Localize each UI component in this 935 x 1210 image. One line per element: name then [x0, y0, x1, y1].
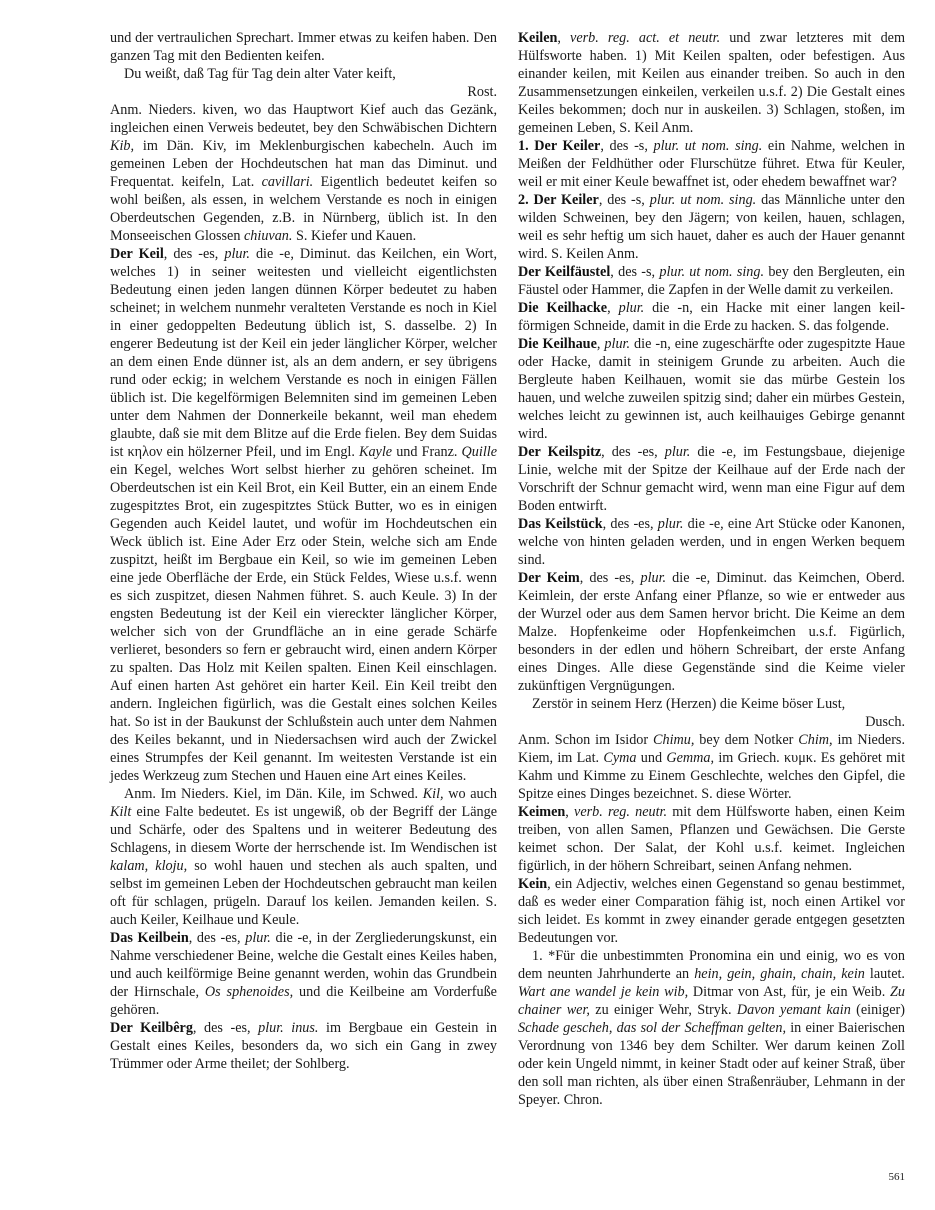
headword: Die Keilhaue: [518, 336, 597, 352]
text-run: , des -s,: [600, 138, 653, 154]
text-run: Anm. Nieders. kiven, wo das Hauptwort Ki…: [110, 102, 497, 136]
italic-term: Schade gescheh, das sol der Scheffman ge…: [518, 1020, 786, 1036]
italic-term: plur.: [224, 246, 250, 262]
headword: Der Keilbêrg: [110, 1020, 193, 1036]
text-run: Anm. Schon im Isidor: [518, 732, 653, 748]
citation-source: Rost.: [110, 83, 497, 101]
italic-term: kalam, kloju,: [110, 858, 187, 874]
text-run: , des -es,: [601, 444, 665, 460]
italic-term: Chimu,: [653, 732, 694, 748]
dictionary-entry: Keilen, verb. reg. act. et neutr. und zw…: [518, 29, 905, 137]
headword: Der Keilspitz: [518, 444, 601, 460]
italic-term: plur.: [640, 570, 666, 586]
italic-term: Gemma,: [666, 750, 714, 766]
dictionary-entry: Der Keilfäustel, des -s, plur. ut nom. s…: [518, 263, 905, 299]
headword: Der Keim: [518, 570, 580, 586]
text-run: zu einiger Wehr, Stryk.: [590, 1002, 737, 1018]
text-run: , des -es,: [580, 570, 641, 586]
italic-term: Kib,: [110, 138, 134, 154]
text-run: Rost.: [467, 84, 497, 100]
italic-term: plur. ut nom. sing.: [654, 138, 763, 154]
text-run: ein Kegel, welches Wort selbst hierher z…: [110, 462, 497, 784]
dictionary-entry: Der Keim, des -es, plur. die -e, Diminut…: [518, 569, 905, 695]
headword: Der Keilfäustel: [518, 264, 610, 280]
paragraph: Anm. Im Nieders. Kiel, im Dän. Kile, im …: [110, 785, 497, 929]
paragraph: 1. *Für die unbestimmten Pronomina ein u…: [518, 947, 905, 1109]
headword: Keimen: [518, 804, 565, 820]
text-run: wo auch: [444, 786, 497, 802]
text-run: , des -es,: [193, 1020, 258, 1036]
dictionary-page: und der vertraulichen Sprechart. Immer e…: [0, 0, 935, 1210]
text-run: bey dem Notker: [694, 732, 798, 748]
text-run: ,: [557, 30, 570, 46]
dictionary-entry: Die Keilhaue, plur. die -n, eine zugesch…: [518, 335, 905, 443]
right-column: Keilen, verb. reg. act. et neutr. und zw…: [518, 29, 905, 1109]
text-run: Zerstör in seinem Herz (Herzen) die Keim…: [532, 696, 845, 712]
text-run: , des -es,: [164, 246, 225, 262]
paragraph: Anm. Schon im Isidor Chimu, bey dem Notk…: [518, 731, 905, 803]
headword: Der Keil: [110, 246, 164, 262]
italic-term: plur.: [665, 444, 691, 460]
text-run: eine Falte bedeutet. Es ist ungewiß, ob …: [110, 804, 497, 856]
page-number: 561: [880, 1171, 905, 1183]
italic-term: plur. ut nom. sing.: [659, 264, 764, 280]
italic-term: plur.: [619, 300, 645, 316]
dictionary-entry: Der Keilspitz, des -es, plur. die -e, im…: [518, 443, 905, 515]
italic-term: Davon ye­mant kain: [737, 1002, 851, 1018]
text-run: und: [636, 750, 666, 766]
text-run: die -e, Diminut. das Keilchen, ein Wort,…: [110, 246, 497, 460]
italic-term: Cyma: [603, 750, 636, 766]
text-run: Anm. Im Nieders. Kiel, im Dän. Kile, im …: [124, 786, 423, 802]
dictionary-entry: 2. Der Keiler, des -s, plur. ut nom. sin…: [518, 191, 905, 263]
italic-term: Os sphenoides,: [205, 984, 293, 1000]
text-run: , des -s,: [610, 264, 659, 280]
dictionary-entry: 1. Der Keiler, des -s, plur. ut nom. sin…: [518, 137, 905, 191]
paragraph: Anm. Nieders. kiven, wo das Hauptwort Ki…: [110, 101, 497, 245]
text-run: lautet.: [865, 966, 905, 982]
dictionary-entry: Das Keilstück, des -es, plur. die -e, ei…: [518, 515, 905, 569]
italic-term: Kayle: [359, 444, 392, 460]
italic-term: Wart ane wandel je kein wib,: [518, 984, 688, 1000]
text-run: und der vertraulichen Sprechart. Immer e…: [110, 30, 497, 64]
text-run: , ein Adjectiv, welches einen Gegenstand…: [518, 876, 905, 946]
italic-term: verb. reg. act. et neutr.: [570, 30, 720, 46]
dictionary-entry: Keimen, verb. reg. neutr. mit dem Hülfsw…: [518, 803, 905, 875]
italic-term: plur. ut nom. sing.: [650, 192, 757, 208]
paragraph: und der vertraulichen Sprechart. Immer e…: [110, 29, 497, 65]
italic-term: cavillari.: [262, 174, 314, 190]
text-run: die -e, Diminut. das Keimchen, Oberd. Ke…: [518, 570, 905, 694]
text-run: , des -s,: [599, 192, 650, 208]
citation-source: Dusch.: [518, 713, 905, 731]
text-run: , des -es,: [189, 930, 245, 946]
text-run: , des -es,: [603, 516, 658, 532]
quotation: Zerstör in seinem Herz (Herzen) die Keim…: [518, 695, 905, 713]
italic-term: Kil,: [423, 786, 444, 802]
headword: 2. Der Keiler: [518, 192, 599, 208]
italic-term: plur.: [245, 930, 271, 946]
dictionary-entry: Der Keil, des -es, plur. die -e, Diminut…: [110, 245, 497, 785]
italic-term: plur. inus.: [258, 1020, 318, 1036]
headword: Das Keilstück: [518, 516, 603, 532]
italic-term: plur.: [658, 516, 684, 532]
italic-term: Quille: [462, 444, 497, 460]
italic-term: verb. reg. neutr.: [574, 804, 667, 820]
italic-term: chiuvan.: [244, 228, 292, 244]
dictionary-entry: Die Keilhacke, plur. die -n, ein Hacke m…: [518, 299, 905, 335]
headword: Keilen: [518, 30, 557, 46]
text-run: ,: [607, 300, 618, 316]
text-run: Dusch.: [865, 714, 905, 730]
text-run: Du weißt, daß Tag für Tag dein alter Vat…: [124, 66, 396, 82]
text-run: und Franz.: [392, 444, 461, 460]
headword: Die Keilhacke: [518, 300, 607, 316]
quotation: Du weißt, daß Tag für Tag dein alter Vat…: [110, 65, 497, 83]
left-column: und der vertraulichen Sprechart. Immer e…: [110, 29, 497, 1073]
text-run: ,: [565, 804, 574, 820]
headword: 1. Der Keiler: [518, 138, 600, 154]
italic-term: plur.: [604, 336, 630, 352]
text-run: Ditmar von Ast, für, je ein Weib.: [688, 984, 890, 1000]
italic-term: Chim,: [798, 732, 832, 748]
headword: Das Keilbein: [110, 930, 189, 946]
italic-term: Kilt: [110, 804, 131, 820]
dictionary-entry: Kein, ein Adjectiv, welches einen Gegens…: [518, 875, 905, 947]
headword: Kein: [518, 876, 547, 892]
text-run: (einiger): [851, 1002, 905, 1018]
italic-term: hein, gein, ghain, chain, kein: [694, 966, 865, 982]
text-run: S. Kiefer und Kauen.: [292, 228, 416, 244]
dictionary-entry: Der Keilbêrg, des -es, plur. inus. im Be…: [110, 1019, 497, 1073]
dictionary-entry: Das Keilbein, des -es, plur. die -e, in …: [110, 929, 497, 1019]
